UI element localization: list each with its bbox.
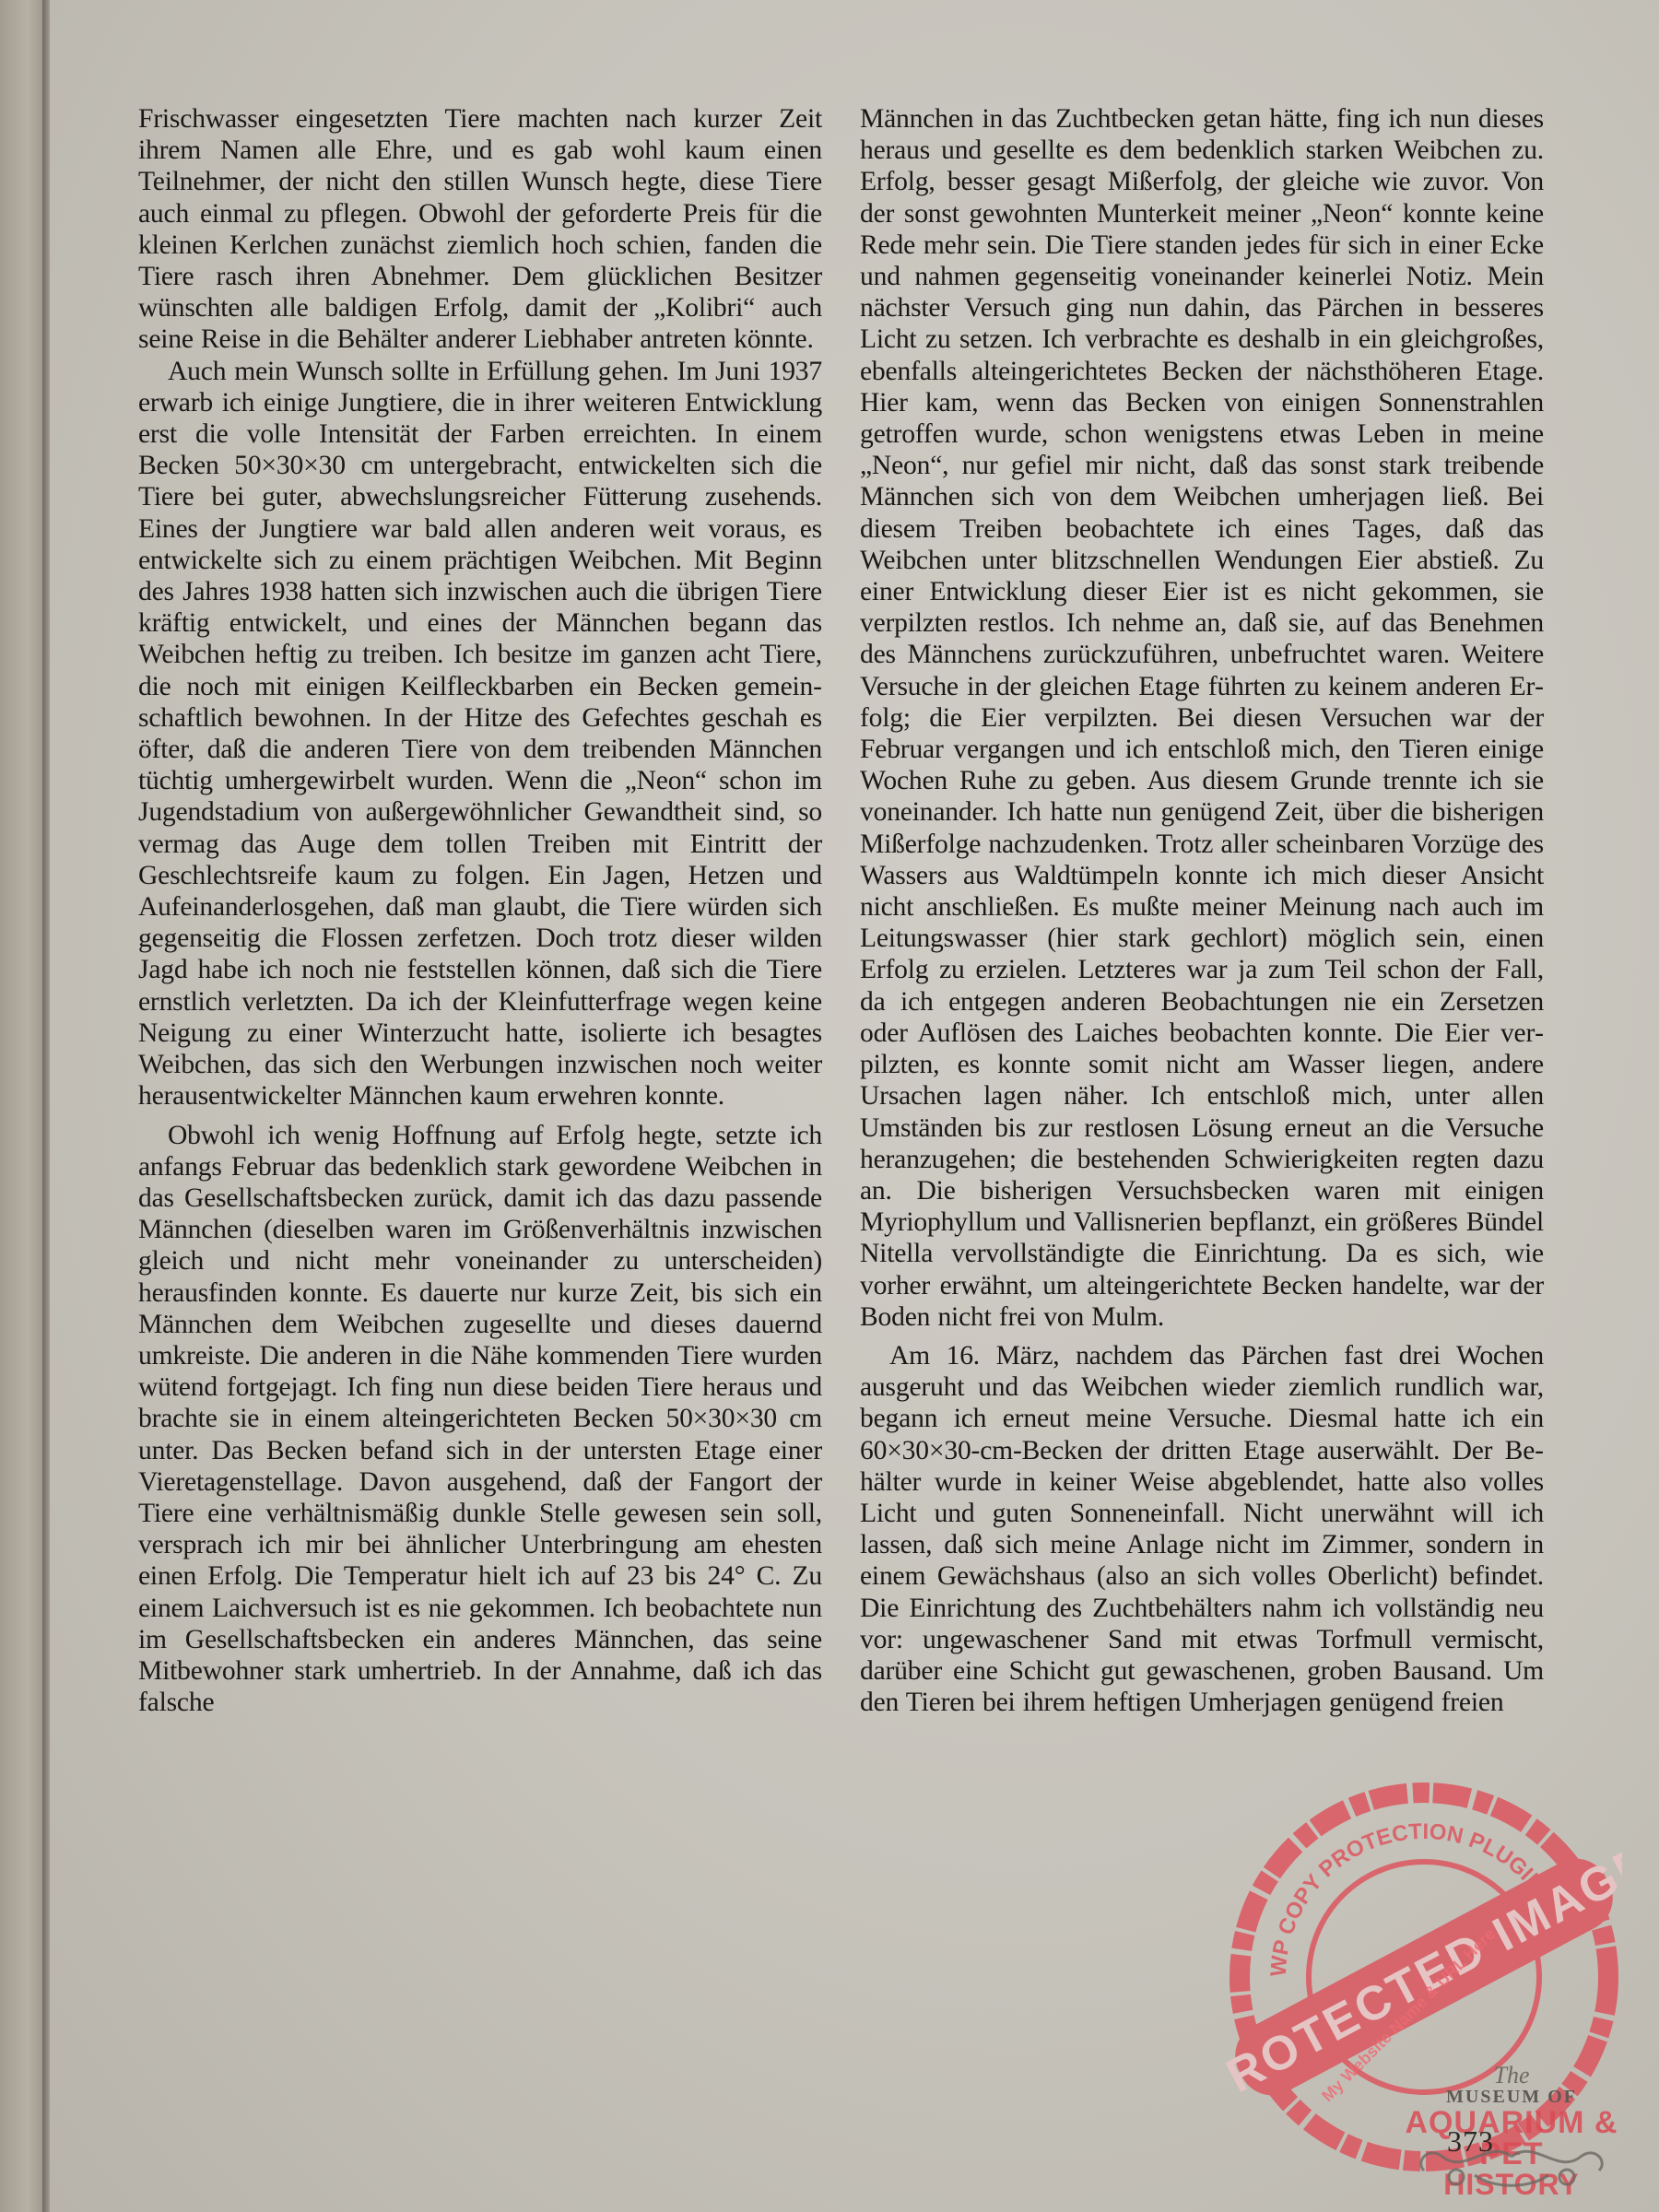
paragraph: Auch mein Wunsch sollte in Erfüllung geh…: [138, 356, 822, 1112]
previous-page-edge: [0, 0, 46, 2212]
text-column-right: Männchen in das Zuchtbecken getan hätte,…: [860, 103, 1544, 1718]
paragraph: Frischwasser eingesetzten Tiere machten …: [138, 103, 822, 356]
magazine-page: Frischwasser eingesetzten Tiere machten …: [50, 0, 1659, 2212]
page-number: 373: [1447, 2124, 1494, 2159]
paragraph: Am 16. März, nachdem das Pärchen fast dr…: [860, 1340, 1544, 1718]
paragraph: Obwohl ich wenig Hoffnung auf Erfolg heg…: [138, 1120, 822, 1719]
text-column-left: Frischwasser eingesetzten Tiere machten …: [138, 103, 822, 1718]
book-spine-shadow: [42, 0, 50, 2212]
paragraph: Männchen in das Zuchtbecken getan hätte,…: [860, 103, 1544, 1333]
